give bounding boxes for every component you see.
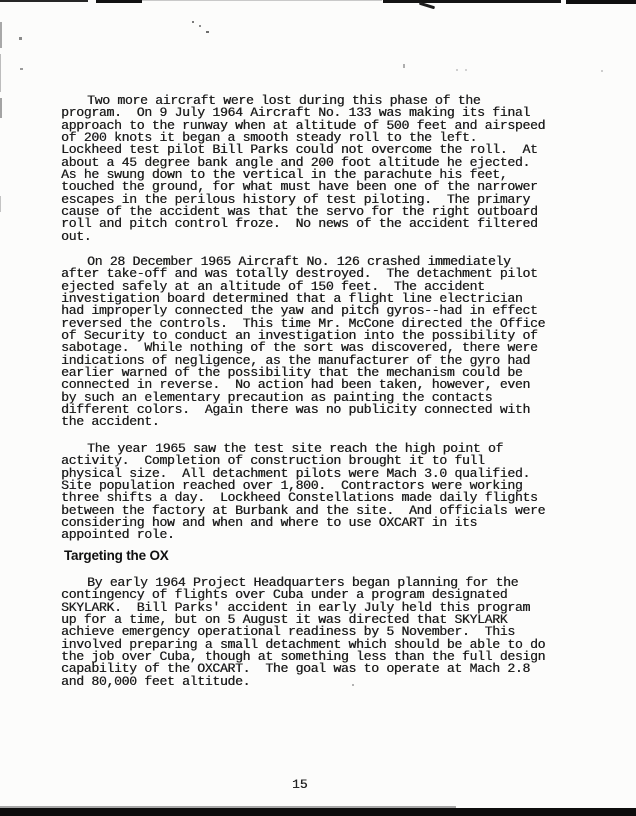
scan-artifact-speck <box>20 68 23 70</box>
top-edge-scan-line <box>0 0 88 2</box>
bottom-edge-scan-bar <box>0 808 636 816</box>
body-paragraph-1: Two more aircraft were lost during this … <box>61 95 595 243</box>
scan-artifact-slash-mark <box>419 2 435 10</box>
scan-artifact-speck <box>465 69 467 71</box>
document-page: Two more aircraft were lost during this … <box>0 0 636 816</box>
scan-artifact-speck <box>601 70 603 72</box>
scan-artifact-left-dash <box>0 98 2 118</box>
body-paragraph-2: On 28 December 1965 Aircraft No. 126 cra… <box>61 256 595 429</box>
top-edge-scan-line <box>96 0 142 3</box>
scan-artifact-speck <box>403 64 405 68</box>
scan-artifact-speck <box>192 21 194 23</box>
scan-artifact-left-dash <box>0 196 1 212</box>
scan-artifact-left-dash <box>0 54 1 92</box>
top-edge-scan-line <box>566 0 636 4</box>
top-edge-scan-line <box>383 0 561 3</box>
bottom-edge-scan-line <box>0 806 456 808</box>
scan-artifact-speck <box>206 31 209 33</box>
scan-artifact-left-dash <box>0 22 2 48</box>
body-paragraph-3: The year 1965 saw the test site reach th… <box>61 443 595 542</box>
page-number: 15 <box>292 777 308 792</box>
scan-artifact-speck <box>19 37 22 40</box>
section-heading: Targeting the OX <box>64 548 169 563</box>
scan-artifact-speck <box>199 25 201 27</box>
top-edge-scan-line <box>142 0 382 1</box>
body-paragraph-4: By early 1964 Project Headquarters began… <box>61 577 595 688</box>
scan-artifact-speck <box>456 69 458 71</box>
